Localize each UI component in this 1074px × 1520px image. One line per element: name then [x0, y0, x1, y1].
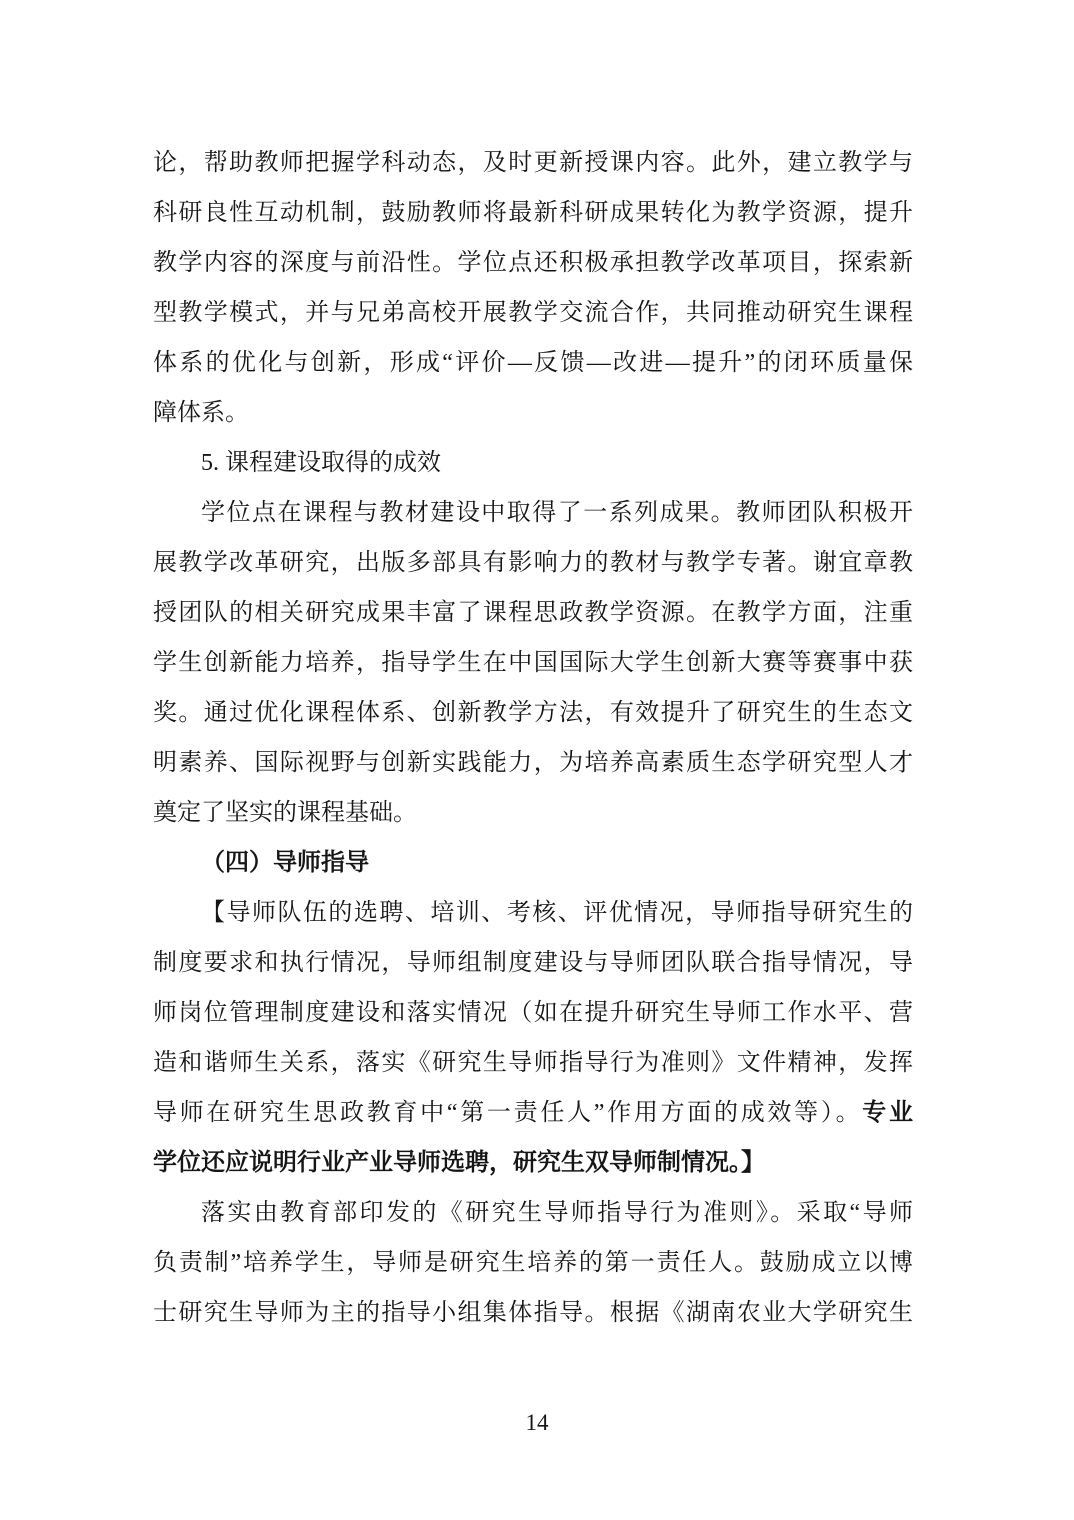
page-number: 14	[0, 1398, 1074, 1448]
text-line: 学位点在课程与教材建设中取得了一系列成果。教师团队积极开	[153, 488, 913, 538]
text-line: 障体系。	[153, 388, 913, 438]
text-line: 科研良性互动机制，鼓励教师将最新科研成果转化为教学资源，提升	[153, 188, 913, 238]
text-line: 造和谐师生关系，落实《研究生导师指导行为准则》文件精神，发挥	[153, 1038, 913, 1088]
text-line: 学生创新能力培养，指导学生在中国国际大学生创新大赛等赛事中获	[153, 638, 913, 688]
text-segment: 导师在研究生思政教育中“第一责任人”作用方面的成效等）。	[153, 1100, 862, 1126]
text-line: 奠定了坚实的课程基础。	[153, 788, 913, 838]
text-line: 型教学模式，并与兄弟高校开展教学交流合作，共同推动研究生课程	[153, 288, 913, 338]
text-line: 负责制”培养学生，导师是研究生培养的第一责任人。鼓励成立以博	[153, 1238, 913, 1288]
text-line: 明素养、国际视野与创新实践能力，为培养高素质生态学研究型人才	[153, 738, 913, 788]
text-line: 奖。通过优化课程体系、创新教学方法，有效提升了研究生的生态文	[153, 688, 913, 738]
text-line: 论，帮助教师把握学科动态，及时更新授课内容。此外，建立教学与	[153, 138, 913, 188]
section-heading-course-results: 5. 课程建设取得的成效	[153, 438, 913, 488]
text-line: 师岗位管理制度建设和落实情况（如在提升研究生导师工作水平、营	[153, 988, 913, 1038]
text-line: 制度要求和执行情况，导师组制度建设与导师团队联合指导情况，导	[153, 938, 913, 988]
bold-emphasis-line: 学位还应说明行业产业导师选聘，研究生双导师制情况。】	[153, 1138, 913, 1188]
text-line: 教学内容的深度与前沿性。学位点还积极承担教学改革项目，探索新	[153, 238, 913, 288]
text-line: 授团队的相关研究成果丰富了课程思政教学资源。在教学方面，注重	[153, 588, 913, 638]
text-line: 【导师队伍的选聘、培训、考核、评优情况，导师指导研究生的	[153, 888, 913, 938]
text-line: 导师在研究生思政教育中“第一责任人”作用方面的成效等）。专业	[153, 1088, 913, 1138]
text-line: 展教学改革研究，出版多部具有影响力的教材与教学专著。谢宜章教	[153, 538, 913, 588]
bold-emphasis: 专业	[862, 1099, 913, 1126]
document-page: 论，帮助教师把握学科动态，及时更新授课内容。此外，建立教学与 科研良性互动机制，…	[0, 0, 1074, 1520]
text-line: 体系的优化与创新，形成“评价—反馈—改进—提升”的闭环质量保	[153, 338, 913, 388]
text-line: 落实由教育部印发的《研究生导师指导行为准则》。采取“导师	[153, 1188, 913, 1238]
text-line: 士研究生导师为主的指导小组集体指导。根据《湖南农业大学研究生	[153, 1288, 913, 1338]
section-heading-mentor-guidance: （四）导师指导	[153, 838, 913, 888]
text-block: 论，帮助教师把握学科动态，及时更新授课内容。此外，建立教学与 科研良性互动机制，…	[153, 138, 913, 1338]
